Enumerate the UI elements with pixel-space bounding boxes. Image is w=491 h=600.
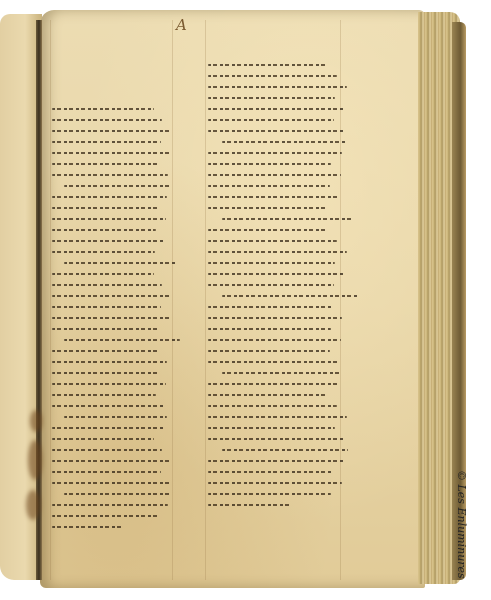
text-line [52, 108, 154, 110]
text-line [52, 394, 156, 396]
text-line [208, 306, 333, 308]
text-line [208, 427, 335, 429]
text-line [64, 339, 180, 341]
text-line [52, 504, 168, 506]
text-line [208, 152, 342, 154]
text-line [52, 405, 165, 407]
manuscript-photo: A © Les Enluminures [0, 0, 491, 600]
text-line [208, 64, 327, 66]
text-line [208, 482, 342, 484]
text-line [52, 383, 166, 385]
text-line [208, 119, 334, 121]
text-line [52, 515, 159, 517]
stain [28, 440, 42, 480]
right-column [208, 64, 348, 515]
text-line [208, 350, 330, 352]
text-line [52, 130, 171, 132]
text-line [52, 218, 166, 220]
text-line [222, 449, 348, 451]
text-line [208, 163, 331, 165]
text-line [208, 240, 337, 242]
text-line [208, 493, 331, 495]
text-line [222, 141, 347, 143]
text-line [222, 295, 358, 297]
text-line [52, 141, 161, 143]
text-line [208, 196, 340, 198]
text-line [52, 284, 162, 286]
text-line [64, 493, 172, 495]
text-line [208, 471, 333, 473]
text-line [208, 262, 335, 264]
text-line [208, 207, 328, 209]
text-line [208, 185, 330, 187]
text-line [208, 174, 341, 176]
text-line [222, 218, 352, 220]
text-line [208, 504, 292, 506]
text-line [208, 229, 327, 231]
copyright-credit: © Les Enluminures [455, 470, 468, 579]
text-line [208, 273, 345, 275]
text-line [208, 75, 337, 77]
text-line [208, 317, 342, 319]
text-line [52, 482, 170, 484]
text-line [52, 471, 161, 473]
text-line [52, 229, 156, 231]
text-line [52, 526, 124, 528]
left-column [52, 108, 172, 537]
ruling-line [172, 20, 173, 580]
text-line [208, 339, 341, 341]
text-line [52, 251, 155, 253]
text-line [52, 196, 167, 198]
text-line [52, 174, 168, 176]
text-line [52, 317, 170, 319]
text-line [52, 328, 160, 330]
text-line [64, 416, 167, 418]
text-line [208, 130, 344, 132]
text-line [208, 361, 340, 363]
text-line [208, 86, 347, 88]
text-line [64, 262, 176, 264]
text-line [208, 284, 334, 286]
text-line [208, 383, 338, 385]
text-line [52, 240, 165, 242]
text-line [208, 416, 347, 418]
text-line [52, 372, 158, 374]
text-line [52, 427, 164, 429]
text-line [208, 405, 337, 407]
text-line [52, 460, 171, 462]
text-line [52, 361, 167, 363]
text-line [52, 207, 158, 209]
stain [30, 410, 42, 432]
text-line [208, 251, 347, 253]
text-line [208, 394, 327, 396]
ruling-line [50, 20, 51, 580]
text-line [52, 306, 161, 308]
text-line [208, 328, 331, 330]
text-line [208, 460, 344, 462]
stain [26, 490, 40, 520]
text-line [52, 350, 159, 352]
ruling-line [205, 20, 206, 580]
text-line [52, 449, 162, 451]
text-line [52, 119, 162, 121]
text-line [208, 97, 335, 99]
text-line [52, 295, 171, 297]
text-line [208, 438, 345, 440]
text-line [52, 273, 154, 275]
folio-mark: A [176, 16, 187, 34]
text-line [64, 185, 171, 187]
text-line [52, 163, 160, 165]
text-line [52, 152, 170, 154]
text-line [208, 108, 345, 110]
text-line [52, 438, 154, 440]
text-line [222, 372, 342, 374]
